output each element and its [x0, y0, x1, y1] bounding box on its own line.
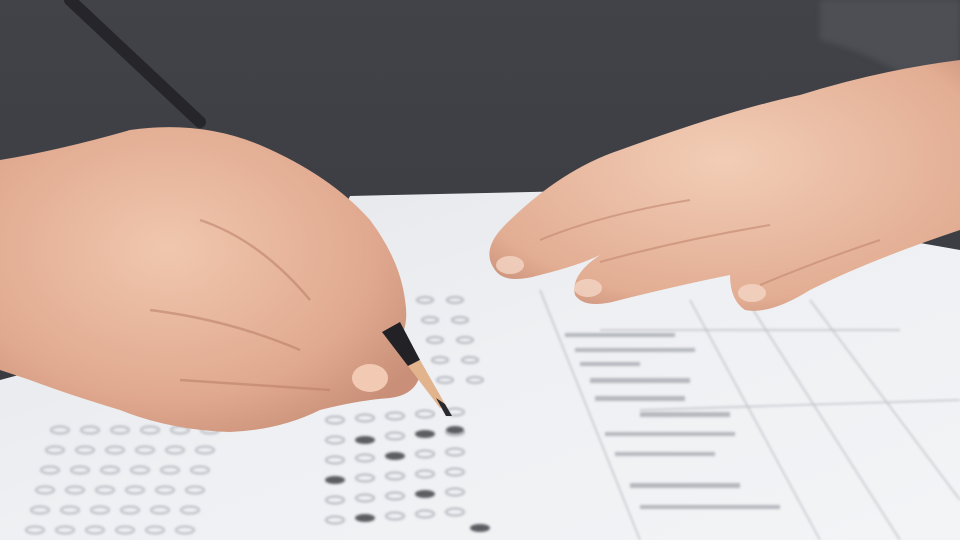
photo-scene — [0, 0, 960, 540]
thumbnail — [352, 364, 388, 392]
exam-photo — [0, 0, 960, 540]
